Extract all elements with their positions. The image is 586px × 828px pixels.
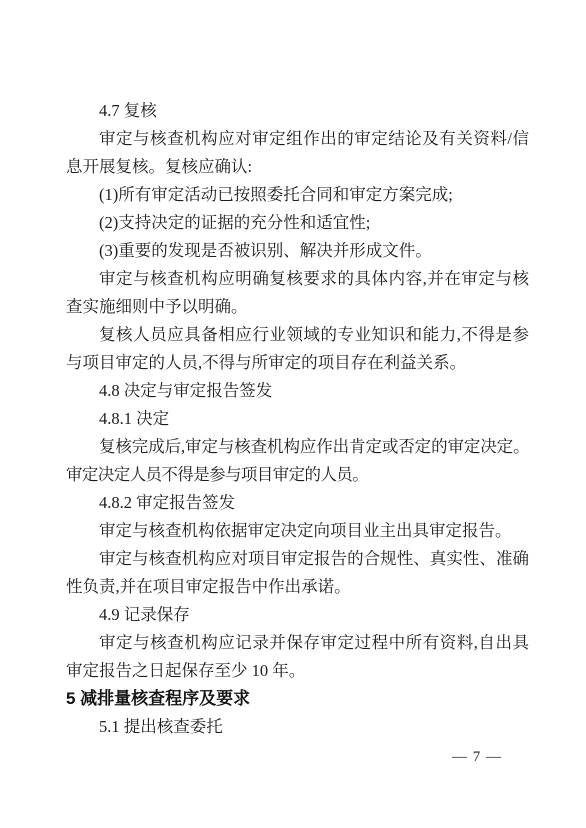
document-body: 4.7 复核 审定与核查机构应对审定组作出的审定结论及有关资料/信息开展复核。复…	[66, 97, 529, 741]
para-review-intro: 审定与核查机构应对审定组作出的审定结论及有关资料/信息开展复核。复核应确认:	[66, 125, 529, 181]
section-heading-5-1: 5.1 提出核查委托	[66, 713, 529, 741]
page-number: — 7 —	[427, 748, 527, 766]
section-heading-5: 5 减排量核查程序及要求	[66, 685, 529, 713]
section-heading-4-8-2: 4.8.2 审定报告签发	[66, 489, 529, 517]
section-heading-4-8-1: 4.8.1 决定	[66, 405, 529, 433]
para-report-issuance: 审定与核查机构依据审定决定向项目业主出具审定报告。	[66, 517, 529, 545]
section-heading-4-9: 4.9 记录保存	[66, 601, 529, 629]
para-record-keeping: 审定与核查机构应记录并保存审定过程中所有资料,自出具审定报告之日起保存至少 10…	[66, 629, 529, 685]
section-heading-4-8: 4.8 决定与审定报告签发	[66, 377, 529, 405]
para-decision: 复核完成后,审定与核查机构应作出肯定或否定的审定决定。审定决定人员不得是参与项目…	[66, 433, 529, 489]
para-review-requirements: 审定与核查机构应明确复核要求的具体内容,并在审定与核查实施细则中予以明确。	[66, 265, 529, 321]
list-item-1: (1)所有审定活动已按照委托合同和审定方案完成;	[66, 181, 529, 209]
list-item-2: (2)支持决定的证据的充分性和适宜性;	[66, 209, 529, 237]
document-page: 4.7 复核 审定与核查机构应对审定组作出的审定结论及有关资料/信息开展复核。复…	[0, 0, 586, 828]
para-reviewer-qualifications: 复核人员应具备相应行业领域的专业知识和能力,不得是参与项目审定的人员,不得与所审…	[66, 321, 529, 377]
list-item-3: (3)重要的发现是否被识别、解决并形成文件。	[66, 237, 529, 265]
section-heading-4-7: 4.7 复核	[66, 97, 529, 125]
para-report-responsibility: 审定与核查机构应对项目审定报告的合规性、真实性、准确性负责,并在项目审定报告中作…	[66, 545, 529, 601]
